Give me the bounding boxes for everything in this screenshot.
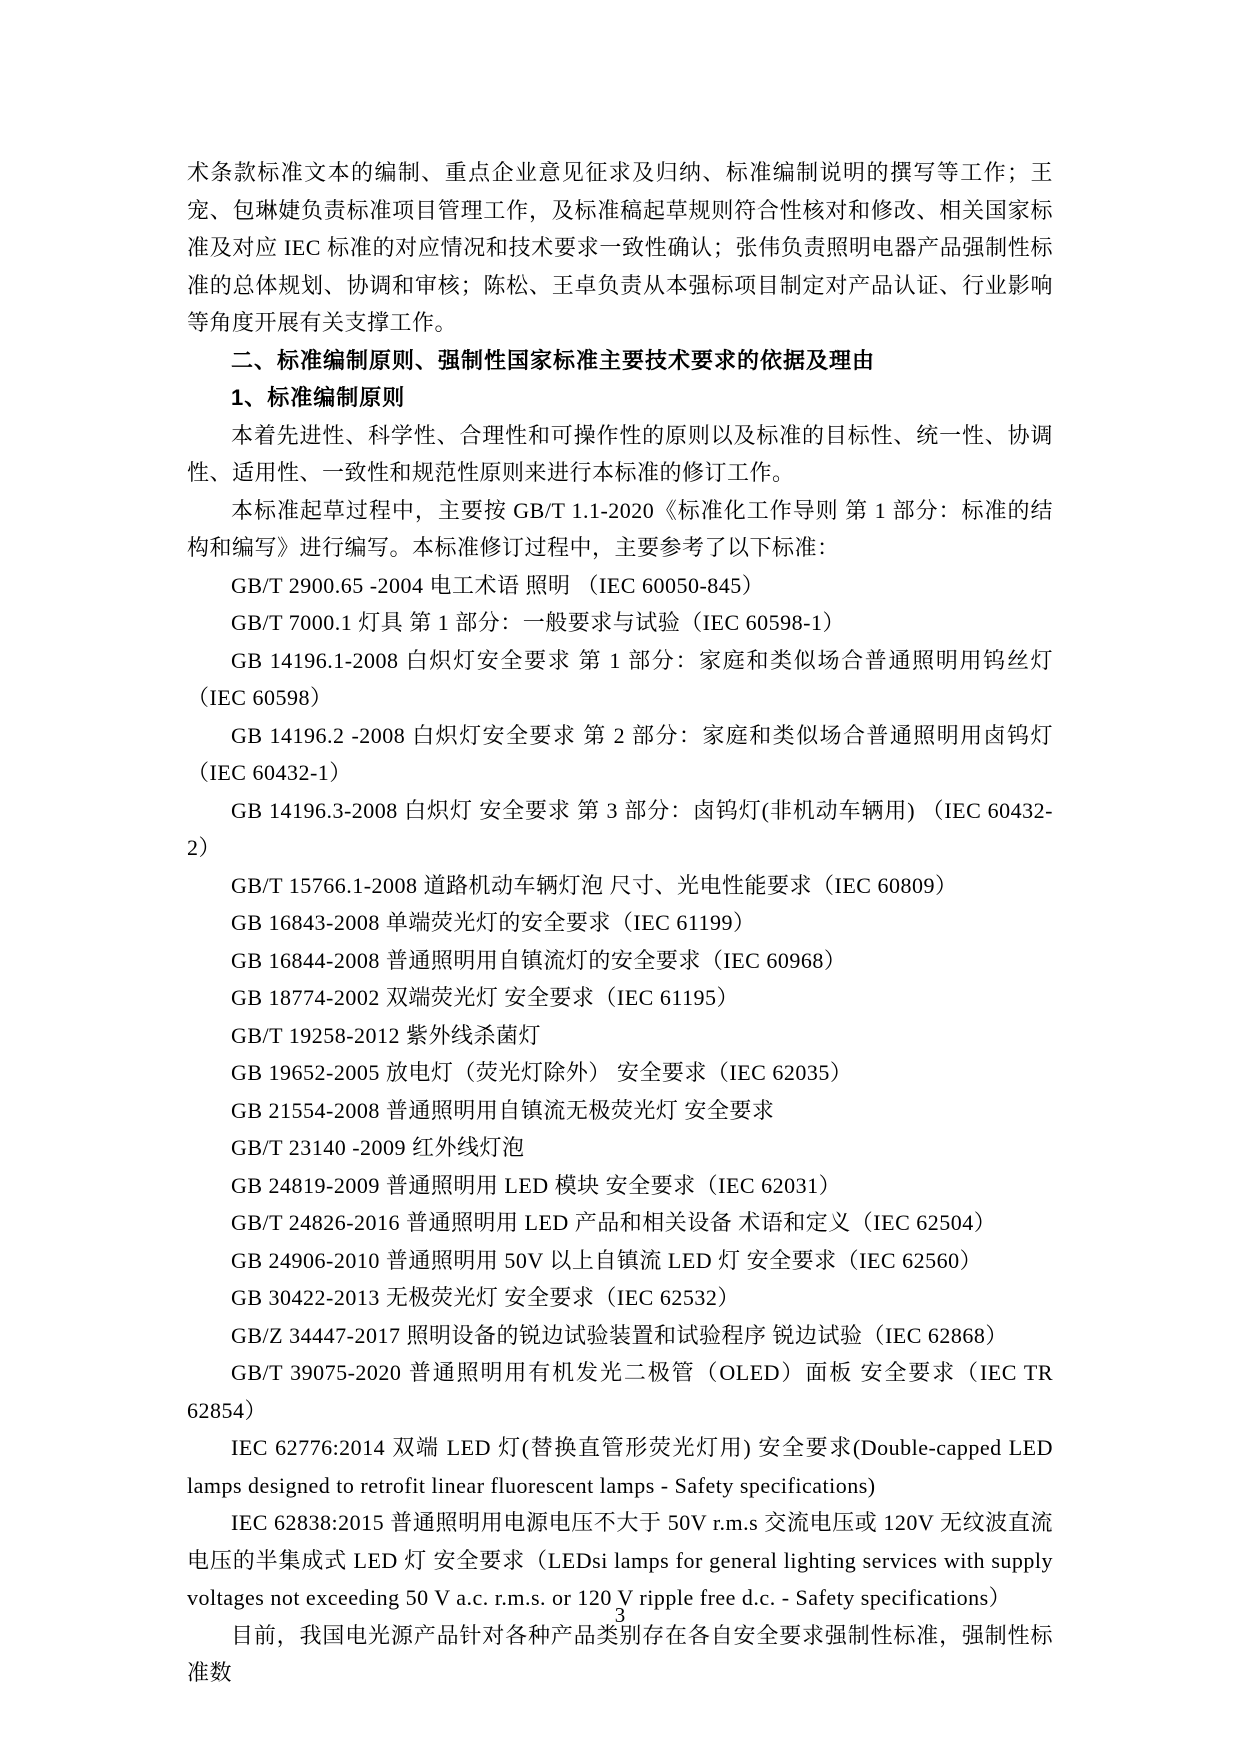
paragraph: IEC 62776:2014 双端 LED 灯(替换直管形荧光灯用) 安全要求(… [187,1429,1053,1504]
paragraph: GB 14196.1-2008 白炽灯安全要求 第 1 部分：家庭和类似场合普通… [187,642,1053,717]
paragraph: IEC 62838:2015 普通照明用电源电压不大于 50V r.m.s 交流… [187,1504,1053,1617]
paragraph: GB 18774-2002 双端荧光灯 安全要求（IEC 61195） [187,979,1053,1017]
paragraph: GB 24906-2010 普通照明用 50V 以上自镇流 LED 灯 安全要求… [187,1242,1053,1280]
document-page: 术条款标准文本的编制、重点企业意见征求及归纳、标准编制说明的撰写等工作；王宠、包… [0,0,1240,1754]
paragraph: GB 19652-2005 放电灯（荧光灯除外） 安全要求（IEC 62035） [187,1054,1053,1092]
paragraph: GB 24819-2009 普通照明用 LED 模块 安全要求（IEC 6203… [187,1167,1053,1205]
document-body-text: 术条款标准文本的编制、重点企业意见征求及归纳、标准编制说明的撰写等工作；王宠、包… [187,154,1053,1692]
paragraph: GB 16844-2008 普通照明用自镇流灯的安全要求（IEC 60968） [187,942,1053,980]
paragraph: GB/T 2900.65 -2004 电工术语 照明 （IEC 60050-84… [187,567,1053,605]
paragraph: GB/T 15766.1-2008 道路机动车辆灯泡 尺寸、光电性能要求（IEC… [187,867,1053,905]
paragraph: GB/Z 34447-2017 照明设备的锐边试验装置和试验程序 锐边试验（IE… [187,1317,1053,1355]
paragraph: GB 21554-2008 普通照明用自镇流无极荧光灯 安全要求 [187,1092,1053,1130]
paragraph: GB/T 23140 -2009 红外线灯泡 [187,1129,1053,1167]
paragraph: GB/T 19258-2012 紫外线杀菌灯 [187,1017,1053,1055]
paragraph: 本着先进性、科学性、合理性和可操作性的原则以及标准的目标性、统一性、协调性、适用… [187,417,1053,492]
page-number: 3 [0,1602,1240,1628]
paragraph: 本标准起草过程中，主要按 GB/T 1.1-2020《标准化工作导则 第 1 部… [187,492,1053,567]
paragraph: GB/T 7000.1 灯具 第 1 部分：一般要求与试验（IEC 60598-… [187,604,1053,642]
paragraph: 二、标准编制原则、强制性国家标准主要技术要求的依据及理由 [187,342,1053,380]
paragraph: 术条款标准文本的编制、重点企业意见征求及归纳、标准编制说明的撰写等工作；王宠、包… [187,154,1053,342]
paragraph: GB/T 39075-2020 普通照明用有机发光二极管（OLED）面板 安全要… [187,1354,1053,1429]
paragraph: 1、标准编制原则 [187,379,1053,417]
paragraph: GB/T 24826-2016 普通照明用 LED 产品和相关设备 术语和定义（… [187,1204,1053,1242]
paragraph: GB 14196.3-2008 白炽灯 安全要求 第 3 部分：卤钨灯(非机动车… [187,792,1053,867]
paragraph: GB 14196.2 -2008 白炽灯安全要求 第 2 部分：家庭和类似场合普… [187,717,1053,792]
paragraph: GB 16843-2008 单端荧光灯的安全要求（IEC 61199） [187,904,1053,942]
paragraph: GB 30422-2013 无极荧光灯 安全要求（IEC 62532） [187,1279,1053,1317]
